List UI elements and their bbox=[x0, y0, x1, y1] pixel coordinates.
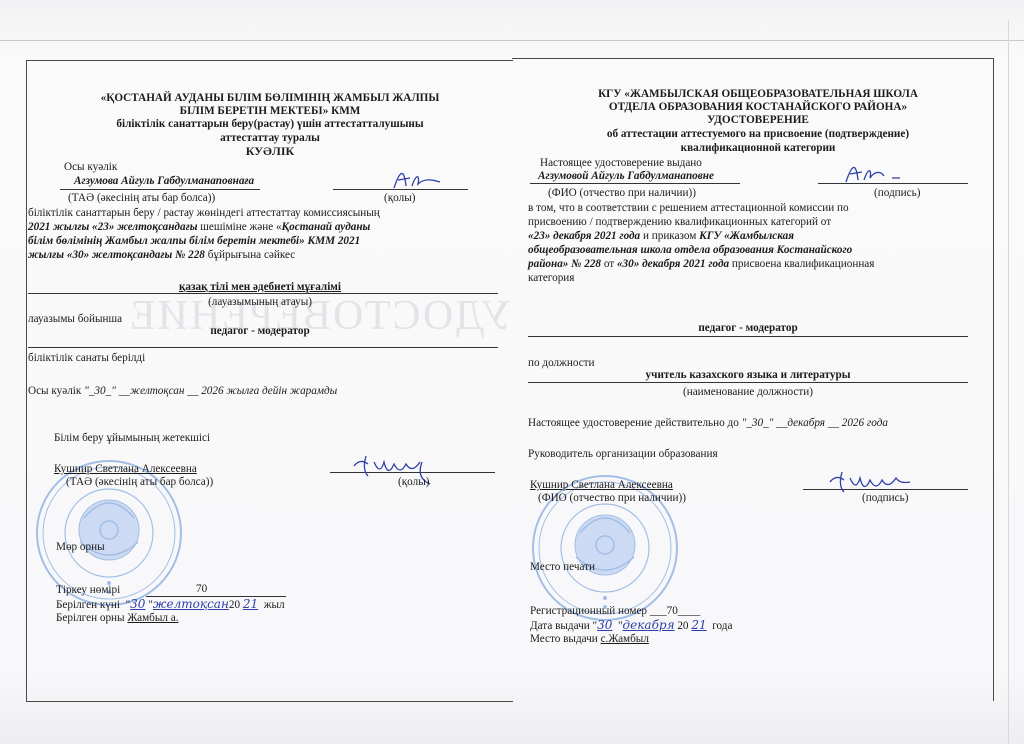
right-order-number: района» № 228 bbox=[528, 258, 601, 270]
left-body-line1: біліктілік санаттарын беру / растау жөні… bbox=[28, 207, 380, 220]
right-reg-label: Регистрационный номер bbox=[530, 605, 647, 617]
left-head-signature-caption: (қолы) bbox=[398, 476, 429, 489]
right-category-rule bbox=[528, 336, 968, 337]
left-issued-to-label: Осы куәлік bbox=[64, 161, 117, 174]
right-doc-title: УДОСТОВЕРЕНИЕ bbox=[528, 114, 988, 127]
left-category-rule bbox=[28, 347, 498, 348]
right-recipient-name: Агзумовой Айгуль Габдулманаповне bbox=[538, 170, 714, 183]
left-issue-year: 21 bbox=[243, 597, 258, 611]
right-subtitle-line2: квалификационной категории bbox=[528, 142, 988, 155]
right-position-caption: (наименование должности) bbox=[528, 386, 968, 399]
left-issue-date-label: Берілген күні bbox=[56, 599, 120, 611]
right-head-name: Кушнир Светлана Алексеевна bbox=[530, 479, 673, 492]
right-issue-century: 20 bbox=[677, 620, 688, 632]
right-issue-year-suffix: года bbox=[712, 620, 732, 632]
left-commission-date: 2021 жылғы «23» желтоқсандағы bbox=[28, 221, 197, 233]
left-issue-place: Берілген орны Жамбыл а. bbox=[56, 612, 179, 625]
left-order-ref: жылғы «30» желтоқсандағы № 228 bbox=[28, 249, 205, 261]
right-seal-label: Место печати bbox=[530, 561, 595, 574]
right-reg: Регистрационный номер ___70____ bbox=[530, 605, 700, 618]
scan-top-edge bbox=[0, 40, 1024, 41]
right-validity-value: "_30_" __декабря __ 2026 года bbox=[742, 417, 888, 429]
left-reg-number: 70 bbox=[196, 583, 207, 596]
right-name-caption: (ФИО (отчество при наличии)) bbox=[548, 187, 696, 200]
left-reg-label: Тіркеу нөмірі bbox=[56, 584, 120, 597]
right-issue-place-value: с.Жамбыл bbox=[601, 633, 649, 645]
right-body-line3: «23» декабря 2021 года и приказом КГУ «Ж… bbox=[528, 230, 794, 243]
left-issue-place-label: Берілген орны bbox=[56, 612, 125, 624]
right-body-line5: района» № 228 от «30» декабря 2021 года … bbox=[528, 258, 874, 271]
left-name-caption: (ТАӘ (әкесінің аты бар болса)) bbox=[68, 192, 215, 205]
right-issue-year: 21 bbox=[691, 618, 706, 632]
left-head-name: Кушнир Светлана Алексеевна bbox=[54, 463, 197, 476]
left-position-caption: (лауазымының атауы) bbox=[60, 296, 460, 309]
left-validity-value: "_30_" __желтоқсан __ 2026 жылға дейін ж… bbox=[84, 385, 337, 397]
right-org-line2: ОТДЕЛА ОБРАЗОВАНИЯ КОСТАНАЙСКОГО РАЙОНА» bbox=[528, 101, 988, 114]
right-issue-place: Место выдачи с.Жамбыл bbox=[530, 633, 649, 646]
right-body-line4: общеобразовательная школа отдела образов… bbox=[528, 244, 852, 257]
left-validity: Осы куәлік "_30_" __желтоқсан __ 2026 жы… bbox=[28, 385, 337, 398]
left-org-ref: Қостанай ауданы bbox=[282, 221, 371, 233]
left-issue-day: 30 bbox=[130, 597, 145, 611]
right-validity: Настоящее удостоверение действительно до… bbox=[528, 417, 888, 430]
left-name-underline bbox=[60, 189, 260, 190]
right-body-line2: присвоению / подтверждению квалификацион… bbox=[528, 216, 831, 229]
right-name-underline bbox=[530, 183, 740, 184]
left-issue-month: желтоқсан bbox=[153, 597, 229, 611]
right-body-line1: в том, что в соответствии с решением атт… bbox=[528, 202, 849, 215]
left-org-line1: «ҚОСТАНАЙ АУДАНЫ БІЛІМ БӨЛІМІНІҢ ЖАМБЫЛ … bbox=[40, 92, 500, 105]
right-issue-date-label: Дата выдачи bbox=[530, 620, 590, 632]
right-body-from: от bbox=[601, 258, 617, 270]
left-issue-place-value: Жамбыл а. bbox=[127, 612, 178, 624]
right-signature-caption: (подпись) bbox=[874, 187, 920, 200]
right-issued-to-label: Настоящее удостоверение выдано bbox=[540, 157, 702, 170]
left-body-line4: жылғы «30» желтоқсандағы № 228 бұйрығына… bbox=[28, 249, 295, 262]
right-body-line6: категория bbox=[528, 272, 574, 285]
right-subtitle-line1: об аттестации аттестуемого на присвоение… bbox=[528, 128, 988, 141]
left-recipient-name: Агзумова Айгуль Габдулманаповнаға bbox=[74, 175, 254, 188]
right-org-line1: КГУ «ЖАМБЫЛСКАЯ ОБЩЕОБРАЗОВАТЕЛЬНАЯ ШКОЛ… bbox=[528, 88, 988, 101]
right-position-value: учитель казахского языка и литературы bbox=[528, 369, 968, 382]
left-recipient-signature-icon bbox=[388, 166, 448, 192]
left-doc-title: КУӘЛІК bbox=[40, 145, 500, 158]
right-body-connector: и приказом bbox=[640, 230, 699, 242]
right-commission-date: «23» декабря 2021 года bbox=[528, 230, 640, 242]
right-position-rule bbox=[528, 382, 968, 383]
right-reg-number: 70 bbox=[667, 605, 678, 617]
left-signature-caption: (қолы) bbox=[384, 192, 415, 205]
left-body-connector: шешіміне және « bbox=[197, 221, 281, 233]
left-body-line2: 2021 жылғы «23» желтоқсандағы шешіміне ж… bbox=[28, 221, 370, 234]
left-body-line3: білім бөлімінің Жамбыл жалпы білім берет… bbox=[28, 235, 360, 248]
right-head-label: Руководитель организации образования bbox=[528, 448, 718, 461]
left-category-value: педагог - модератор bbox=[60, 325, 460, 338]
left-subtitle-line1: біліктілік санаттарын беру(растау) үшін … bbox=[40, 118, 500, 131]
right-recipient-signature-icon bbox=[840, 160, 910, 186]
right-head-signature-caption: (подпись) bbox=[862, 492, 908, 505]
scan-right-edge bbox=[1008, 20, 1009, 744]
left-body-suffix: бұйрығына сәйкес bbox=[205, 249, 295, 261]
right-validity-prefix: Настоящее удостоверение действительно до bbox=[528, 417, 742, 429]
right-issue-place-label: Место выдачи bbox=[530, 633, 598, 645]
right-head-name-caption: (ФИО (отчество при наличии)) bbox=[538, 492, 686, 505]
right-issue-date: Дата выдачи "30 "декабря 20 21 года bbox=[530, 619, 732, 633]
left-validity-prefix: Осы куәлік bbox=[28, 385, 84, 397]
right-body-assigned: присвоена квалификационная bbox=[729, 258, 874, 270]
right-org-ref: КГУ «Жамбылская bbox=[699, 230, 794, 242]
left-head-name-caption: (ТАӘ (әкесінің аты бар болса)) bbox=[66, 476, 213, 489]
left-position-rule bbox=[28, 293, 498, 294]
right-order-date: «30» декабря 2021 года bbox=[617, 258, 729, 270]
left-head-label: Білім беру ұйымының жетекшісі bbox=[54, 432, 210, 445]
left-issue-date: Берілген күні "30 "желтоқсан20 21 жыл bbox=[56, 598, 285, 612]
right-issue-month: декабря bbox=[623, 618, 675, 632]
left-org-line2: БІЛІМ БЕРЕТІН МЕКТЕБІ» КММ bbox=[40, 105, 500, 118]
right-issue-day: 30 bbox=[597, 618, 612, 632]
left-issue-century: 20 bbox=[229, 599, 240, 611]
left-seal-label: Мөр орны bbox=[56, 541, 105, 554]
left-issue-year-suffix: жыл bbox=[264, 599, 285, 611]
right-category-value: педагог - модератор bbox=[528, 322, 968, 335]
left-category-label: біліктілік санаты берілді bbox=[28, 352, 145, 365]
